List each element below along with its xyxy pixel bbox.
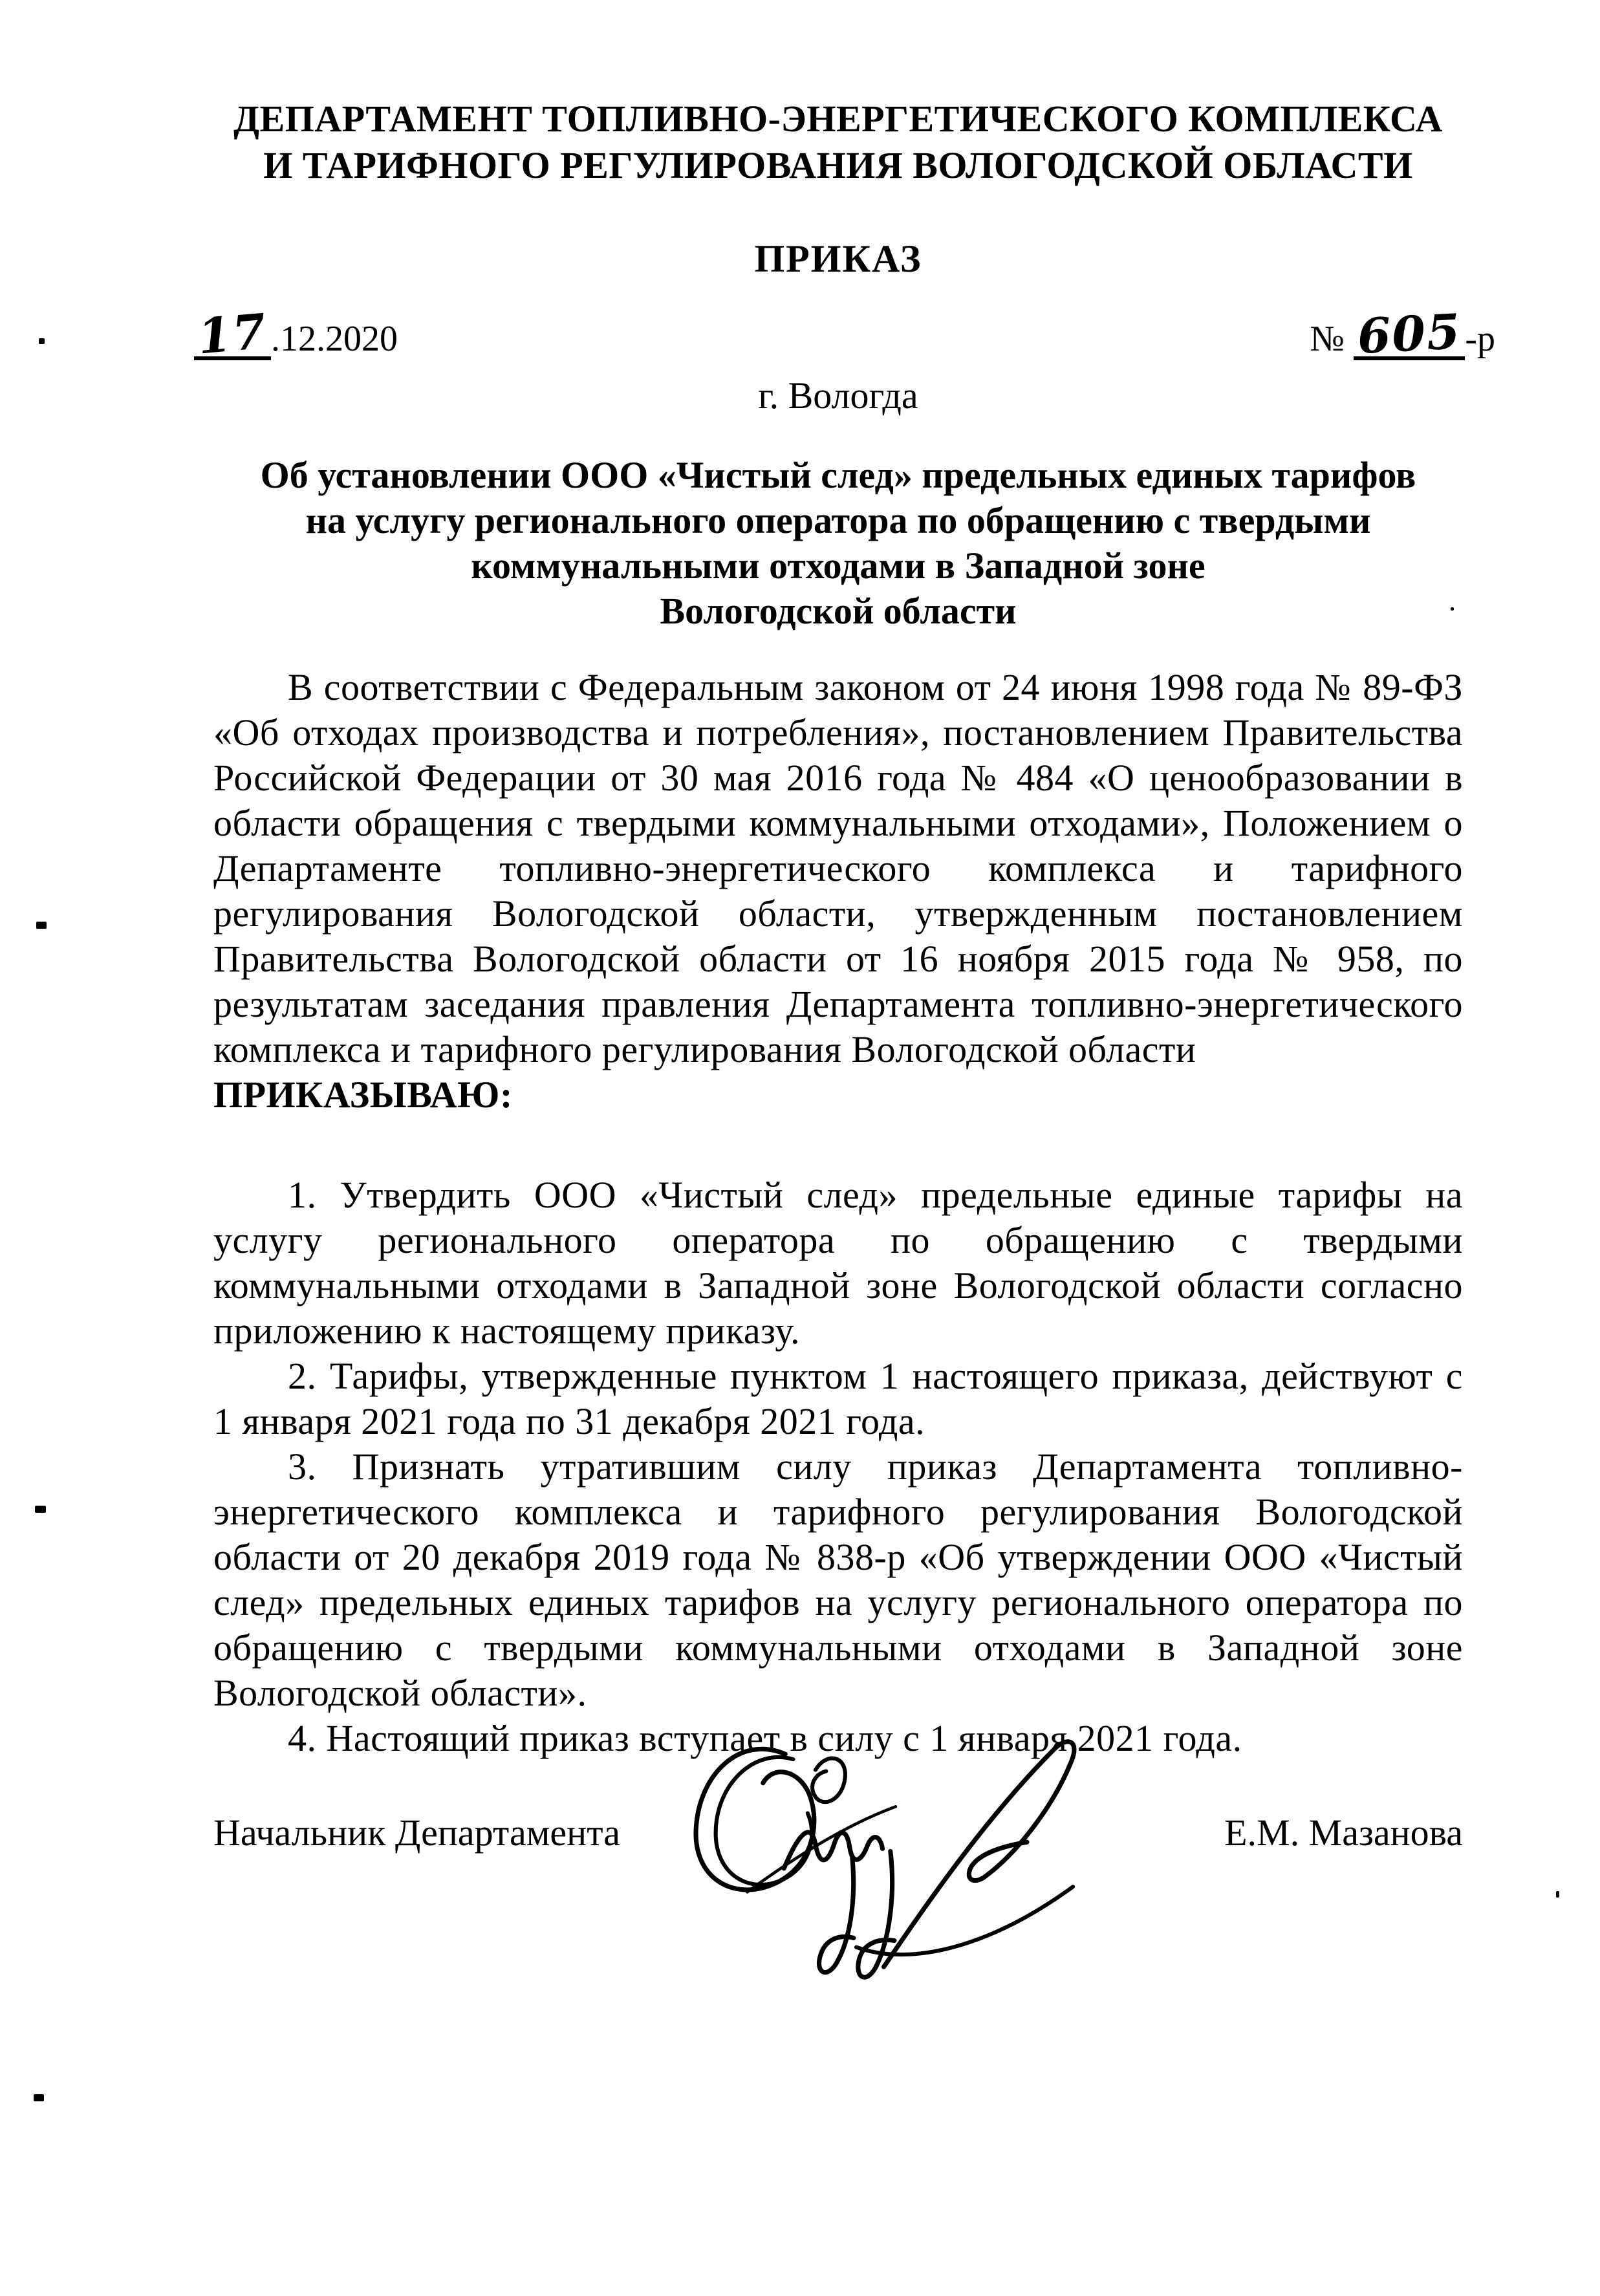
signatory-name: Е.М. Мазанова — [1224, 1811, 1463, 1854]
meta-row: 17.12.2020 № 605-р — [194, 314, 1495, 360]
order-item-1: 1. Утвердить ООО «Чистый след» предельны… — [213, 1173, 1463, 1354]
order-title-line-3: коммунальными отходами в Западной зоне — [213, 543, 1463, 589]
order-title-line-1: Об установлении ООО «Чистый след» предел… — [213, 453, 1463, 498]
handwritten-day-underline: 17 — [194, 314, 271, 360]
city-line: г. Вологда — [175, 374, 1501, 417]
scan-speck — [1556, 1891, 1559, 1898]
date-field: 17.12.2020 — [194, 314, 398, 360]
scan-speck — [1451, 607, 1454, 611]
scan-speck — [34, 2094, 44, 2101]
handwritten-number-underline: 605 — [1354, 314, 1465, 360]
number-sign: № — [1310, 319, 1344, 359]
document-page: ДЕПАРТАМЕНТ ТОПЛИВНО-ЭНЕРГЕТИЧЕСКОГО КОМ… — [0, 0, 1600, 2296]
handwritten-day: 17 — [196, 311, 268, 358]
signature-scrawl — [687, 1728, 1114, 2026]
order-verb: ПРИКАЗЫВАЮ: — [213, 1072, 1463, 1118]
doc-type-title: ПРИКАЗ — [175, 237, 1501, 281]
date-printed: .12.2020 — [271, 319, 398, 359]
scan-speck — [39, 338, 45, 344]
order-item-2: 2. Тарифы, утвержденные пунктом 1 настоя… — [213, 1354, 1463, 1444]
order-item-3: 3. Признать утратившим силу приказ Депар… — [213, 1444, 1463, 1716]
order-number-field: № 605-р — [1310, 314, 1495, 360]
order-title: Об установлении ООО «Чистый след» предел… — [213, 453, 1463, 634]
org-name-line-2: И ТАРИФНОГО РЕГУЛИРОВАНИЯ ВОЛОГОДСКОЙ ОБ… — [175, 142, 1501, 189]
number-suffix: -р — [1465, 319, 1495, 359]
scan-speck — [35, 1506, 46, 1513]
order-title-line-4: Вологодской области — [213, 589, 1463, 634]
scan-speck — [36, 922, 47, 929]
order-body: В соответствии с Федеральным законом от … — [213, 665, 1463, 1761]
org-header: ДЕПАРТАМЕНТ ТОПЛИВНО-ЭНЕРГЕТИЧЕСКОГО КОМ… — [175, 96, 1501, 189]
preamble-paragraph: В соответствии с Федеральным законом от … — [213, 665, 1463, 1072]
signatory-title: Начальник Департамента — [213, 1811, 620, 1854]
handwritten-number: 605 — [1356, 312, 1462, 358]
org-name-line-1: ДЕПАРТАМЕНТ ТОПЛИВНО-ЭНЕРГЕТИЧЕСКОГО КОМ… — [175, 96, 1501, 142]
order-title-line-2: на услугу регионального оператора по обр… — [213, 498, 1463, 543]
